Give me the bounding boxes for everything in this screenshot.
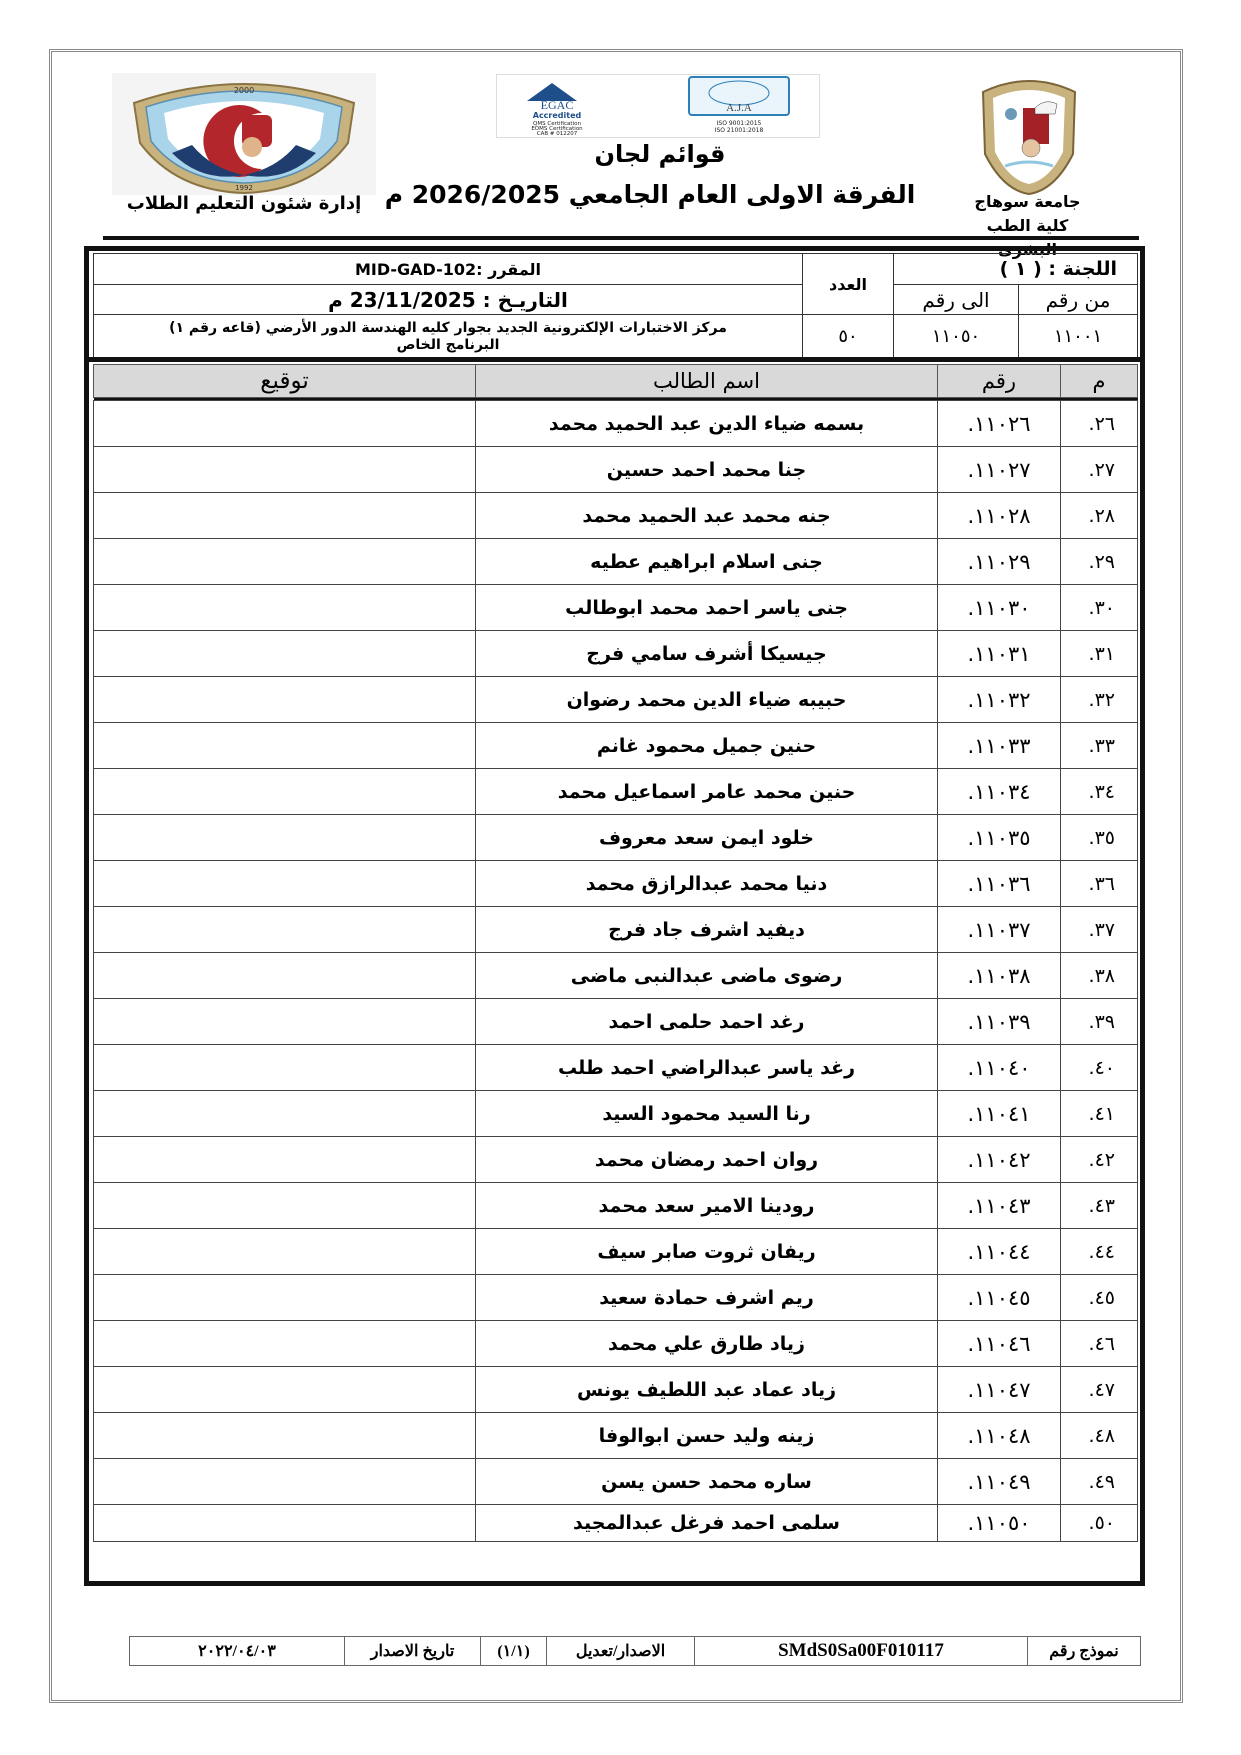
signature-cell[interactable] bbox=[94, 1045, 476, 1091]
student-number: ١١٠٤٠. bbox=[938, 1045, 1061, 1091]
signature-cell[interactable] bbox=[94, 999, 476, 1045]
signature-cell[interactable] bbox=[94, 861, 476, 907]
course-code: المقرر :MID-GAD-102 bbox=[94, 254, 803, 285]
signature-cell[interactable] bbox=[94, 1229, 476, 1275]
table-row: ٢٦.١١٠٢٦.بسمه ضياء الدين عبد الحميد محمد bbox=[94, 401, 1138, 447]
serial-cell: ٣٠. bbox=[1061, 585, 1138, 631]
student-number: ١١٠٣٢. bbox=[938, 677, 1061, 723]
student-name: جنه محمد عبد الحميد محمد bbox=[476, 493, 938, 539]
serial-cell: ٢٨. bbox=[1061, 493, 1138, 539]
serial-cell: ٤١. bbox=[1061, 1091, 1138, 1137]
serial-cell: ٣٦. bbox=[1061, 861, 1138, 907]
serial-cell: ٤٠. bbox=[1061, 1045, 1138, 1091]
student-name: رودينا الامير سعد محمد bbox=[476, 1183, 938, 1229]
signature-cell[interactable] bbox=[94, 447, 476, 493]
svg-text:Accredited: Accredited bbox=[533, 111, 582, 120]
serial-cell: ٤٩. bbox=[1061, 1459, 1138, 1505]
student-name: حنين محمد عامر اسماعيل محمد bbox=[476, 769, 938, 815]
signature-cell[interactable] bbox=[94, 539, 476, 585]
committee-label: اللجنة : ( ١ ) bbox=[894, 254, 1138, 285]
serial-cell: ٣٩. bbox=[1061, 999, 1138, 1045]
table-row: ٣٢.١١٠٣٢.حبيبه ضياء الدين محمد رضوان bbox=[94, 677, 1138, 723]
student-name: حنين جميل محمود غانم bbox=[476, 723, 938, 769]
serial-cell: ٣٥. bbox=[1061, 815, 1138, 861]
student-name: رنا السيد محمود السيد bbox=[476, 1091, 938, 1137]
signature-cell[interactable] bbox=[94, 1091, 476, 1137]
serial-cell: ٤٥. bbox=[1061, 1275, 1138, 1321]
student-number: ١١٠٤٩. bbox=[938, 1459, 1061, 1505]
signature-cell[interactable] bbox=[94, 953, 476, 999]
student-count: ٥٠ bbox=[803, 315, 894, 359]
student-name: ريم اشرف حمادة سعيد bbox=[476, 1275, 938, 1321]
table-row: ٤٦.١١٠٤٦.زياد طارق علي محمد bbox=[94, 1321, 1138, 1367]
signature-cell[interactable] bbox=[94, 1413, 476, 1459]
header-name: اسم الطالب bbox=[476, 365, 938, 398]
svg-text:1992: 1992 bbox=[235, 184, 253, 192]
signature-cell[interactable] bbox=[94, 815, 476, 861]
faculty-emblem-icon: 2000 1992 bbox=[112, 73, 376, 195]
sohag-university-logo bbox=[975, 74, 1083, 196]
table-row: ٣٧.١١٠٣٧.ديفيد اشرف جاد فرج bbox=[94, 907, 1138, 953]
serial-cell: ٤٧. bbox=[1061, 1367, 1138, 1413]
student-number: ١١٠٤٨. bbox=[938, 1413, 1061, 1459]
student-name: جيسيكا أشرف سامي فرج bbox=[476, 631, 938, 677]
serial-cell: ٢٧. bbox=[1061, 447, 1138, 493]
table-row: ٤٩.١١٠٤٩.ساره محمد حسن يسن bbox=[94, 1459, 1138, 1505]
form-number: SMdS0Sa00F010117 bbox=[695, 1637, 1028, 1666]
student-number: ١١٠٢٨. bbox=[938, 493, 1061, 539]
student-name: زياد طارق علي محمد bbox=[476, 1321, 938, 1367]
serial-cell: ٣٧. bbox=[1061, 907, 1138, 953]
signature-cell[interactable] bbox=[94, 677, 476, 723]
table-row: ٣٤.١١٠٣٤.حنين محمد عامر اسماعيل محمد bbox=[94, 769, 1138, 815]
to-number: ١١٠٥٠ bbox=[894, 315, 1019, 359]
student-name: جنى اسلام ابراهيم عطيه bbox=[476, 539, 938, 585]
to-number-label: الى رقم bbox=[894, 285, 1019, 315]
serial-cell: ٤٦. bbox=[1061, 1321, 1138, 1367]
student-name: زياد عماد عبد اللطيف يونس bbox=[476, 1367, 938, 1413]
signature-cell[interactable] bbox=[94, 1183, 476, 1229]
table-row: ٢٧.١١٠٢٧.جنا محمد احمد حسين bbox=[94, 447, 1138, 493]
serial-cell: ٢٩. bbox=[1061, 539, 1138, 585]
university-emblem-icon bbox=[975, 74, 1083, 196]
student-name: جنى ياسر احمد محمد ابوطالب bbox=[476, 585, 938, 631]
section-divider bbox=[89, 357, 1140, 362]
student-number: ١١٠٢٦. bbox=[938, 401, 1061, 447]
svg-text:2000: 2000 bbox=[234, 86, 254, 95]
student-number: ١١٠٥٠. bbox=[938, 1505, 1061, 1542]
serial-cell: ٢٦. bbox=[1061, 401, 1138, 447]
table-row: ٥٠.١١٠٥٠.سلمى احمد فرغل عبدالمجيد bbox=[94, 1505, 1138, 1542]
table-row: ٣٩.١١٠٣٩.رغد احمد حلمى احمد bbox=[94, 999, 1138, 1045]
table-row: ٢٩.١١٠٢٩.جنى اسلام ابراهيم عطيه bbox=[94, 539, 1138, 585]
header-serial: م bbox=[1061, 365, 1138, 398]
student-number: ١١٠٣٨. bbox=[938, 953, 1061, 999]
form-footer: نموذج رقم SMdS0Sa00F010117 الاصدار/تعديل… bbox=[129, 1636, 1141, 1666]
egac-logo-icon: EGAC Accredited QMS Certification EOMS C… bbox=[527, 83, 583, 137]
table-row: ٤١.١١٠٤١.رنا السيد محمود السيد bbox=[94, 1091, 1138, 1137]
table-row: ٤٣.١١٠٤٣.رودينا الامير سعد محمد bbox=[94, 1183, 1138, 1229]
student-number: ١١٠٤٥. bbox=[938, 1275, 1061, 1321]
page-title: قوائم لجان bbox=[420, 138, 900, 170]
serial-cell: ٥٠. bbox=[1061, 1505, 1138, 1542]
table-row: ٣٣.١١٠٣٣.حنين جميل محمود غانم bbox=[94, 723, 1138, 769]
page-subtitle: الفرقة الاولى العام الجامعي 2026/2025 م bbox=[380, 180, 920, 209]
svg-text:CAB # 012207: CAB # 012207 bbox=[537, 131, 578, 137]
student-number: ١١٠٣٣. bbox=[938, 723, 1061, 769]
table-row: ٣٠.١١٠٣٠.جنى ياسر احمد محمد ابوطالب bbox=[94, 585, 1138, 631]
header-signature: توقيع bbox=[94, 365, 476, 398]
student-number: ١١٠٤٦. bbox=[938, 1321, 1061, 1367]
faculty-medicine-logo: 2000 1992 bbox=[112, 73, 376, 195]
version-label: الاصدار/تعديل bbox=[547, 1637, 695, 1666]
student-name: دنيا محمد عبدالرازق محمد bbox=[476, 861, 938, 907]
exam-location: مركز الاختبارات الإلكترونية الجديد بجوار… bbox=[94, 315, 803, 359]
count-label: العدد bbox=[803, 254, 894, 315]
serial-cell: ٤٤. bbox=[1061, 1229, 1138, 1275]
department-title: إدارة شئون التعليم الطلاب bbox=[112, 193, 376, 214]
header-divider bbox=[103, 236, 1139, 240]
student-number: ١١٠٣٩. bbox=[938, 999, 1061, 1045]
certification-logos: EGAC Accredited QMS Certification EOMS C… bbox=[496, 74, 820, 138]
serial-cell: ٤٣. bbox=[1061, 1183, 1138, 1229]
signature-cell[interactable] bbox=[94, 1459, 476, 1505]
table-row: ٤٥.١١٠٤٥.ريم اشرف حمادة سعيد bbox=[94, 1275, 1138, 1321]
location-text: مركز الاختبارات الإلكترونية الجديد بجوار… bbox=[100, 320, 796, 337]
svg-text:ISO 9001:2015: ISO 9001:2015 bbox=[717, 120, 762, 127]
student-number: ١١٠٤١. bbox=[938, 1091, 1061, 1137]
table-row: ٤٢.١١٠٤٢.روان احمد رمضان محمد bbox=[94, 1137, 1138, 1183]
from-number-label: من رقم bbox=[1019, 285, 1138, 315]
table-row: ٣٥.١١٠٣٥.خلود ايمن سعد معروف bbox=[94, 815, 1138, 861]
version-value: (١/١) bbox=[481, 1637, 547, 1666]
issue-date: ٢٠٢٢/٠٤/٠٣ bbox=[130, 1637, 345, 1666]
student-name: روان احمد رمضان محمد bbox=[476, 1137, 938, 1183]
signature-cell[interactable] bbox=[94, 1137, 476, 1183]
students-table: م رقم اسم الطالب توقيع ٢٦.١١٠٢٦.بسمه ضيا… bbox=[93, 364, 1138, 1542]
table-row: ٤٧.١١٠٤٧.زياد عماد عبد اللطيف يونس bbox=[94, 1367, 1138, 1413]
student-name: ريفان ثروت صابر سيف bbox=[476, 1229, 938, 1275]
svg-text:ISO 21001:2018: ISO 21001:2018 bbox=[715, 127, 764, 134]
signature-cell[interactable] bbox=[94, 907, 476, 953]
student-name: سلمى احمد فرغل عبدالمجيد bbox=[476, 1505, 938, 1542]
student-name: جنا محمد احمد حسين bbox=[476, 447, 938, 493]
student-name: بسمه ضياء الدين عبد الحميد محمد bbox=[476, 401, 938, 447]
table-row: ٣٦.١١٠٣٦.دنيا محمد عبدالرازق محمد bbox=[94, 861, 1138, 907]
student-number: ١١٠٢٧. bbox=[938, 447, 1061, 493]
signature-cell[interactable] bbox=[94, 401, 476, 447]
student-number: ١١٠٤٤. bbox=[938, 1229, 1061, 1275]
student-name: ديفيد اشرف جاد فرج bbox=[476, 907, 938, 953]
serial-cell: ٤٨. bbox=[1061, 1413, 1138, 1459]
signature-cell[interactable] bbox=[94, 631, 476, 677]
committee-info-table: اللجنة : ( ١ ) العدد المقرر :MID-GAD-102… bbox=[93, 253, 1138, 359]
table-row: ٢٨.١١٠٢٨.جنه محمد عبد الحميد محمد bbox=[94, 493, 1138, 539]
issue-date-label: تاريخ الاصدار bbox=[345, 1637, 481, 1666]
table-row: ٤٨.١١٠٤٨.زينه وليد حسن ابوالوفا bbox=[94, 1413, 1138, 1459]
university-name: جامعة سوهاج bbox=[955, 190, 1100, 214]
student-name: ساره محمد حسن يسن bbox=[476, 1459, 938, 1505]
serial-cell: ٣٢. bbox=[1061, 677, 1138, 723]
student-number: ١١٠٣٥. bbox=[938, 815, 1061, 861]
student-number: ١١٠٣٠. bbox=[938, 585, 1061, 631]
signature-cell[interactable] bbox=[94, 1505, 476, 1542]
student-number: ١١٠٣٦. bbox=[938, 861, 1061, 907]
table-row: ٣١.١١٠٣١.جيسيكا أشرف سامي فرج bbox=[94, 631, 1138, 677]
student-number: ١١٠٤٢. bbox=[938, 1137, 1061, 1183]
student-name: خلود ايمن سعد معروف bbox=[476, 815, 938, 861]
student-number: ١١٠٣١. bbox=[938, 631, 1061, 677]
student-number: ١١٠٤٣. bbox=[938, 1183, 1061, 1229]
student-name: رضوى ماضى عبدالنبى ماضى bbox=[476, 953, 938, 999]
signature-cell[interactable] bbox=[94, 769, 476, 815]
student-name: زينه وليد حسن ابوالوفا bbox=[476, 1413, 938, 1459]
table-row: ٤٤.١١٠٤٤.ريفان ثروت صابر سيف bbox=[94, 1229, 1138, 1275]
table-row: ٤٠.١١٠٤٠.رغد ياسر عبدالراضي احمد طلب bbox=[94, 1045, 1138, 1091]
serial-cell: ٣١. bbox=[1061, 631, 1138, 677]
table-row: ٣٨.١١٠٣٨.رضوى ماضى عبدالنبى ماضى bbox=[94, 953, 1138, 999]
serial-cell: ٤٢. bbox=[1061, 1137, 1138, 1183]
form-number-label: نموذج رقم bbox=[1028, 1637, 1141, 1666]
student-name: رغد ياسر عبدالراضي احمد طلب bbox=[476, 1045, 938, 1091]
signature-cell[interactable] bbox=[94, 1275, 476, 1321]
student-number: ١١٠٣٧. bbox=[938, 907, 1061, 953]
from-number: ١١٠٠١ bbox=[1019, 315, 1138, 359]
serial-cell: ٣٨. bbox=[1061, 953, 1138, 999]
exam-date: التاريـخ : 23/11/2025 م bbox=[94, 285, 803, 315]
student-number: ١١٠٢٩. bbox=[938, 539, 1061, 585]
signature-cell[interactable] bbox=[94, 585, 476, 631]
svg-text:EGAC: EGAC bbox=[541, 98, 574, 112]
signature-cell[interactable] bbox=[94, 493, 476, 539]
student-number: ١١٠٤٧. bbox=[938, 1367, 1061, 1413]
serial-cell: ٣٤. bbox=[1061, 769, 1138, 815]
svg-text:A.J.A: A.J.A bbox=[726, 102, 752, 114]
student-name: حبيبه ضياء الدين محمد رضوان bbox=[476, 677, 938, 723]
header-number: رقم bbox=[938, 365, 1061, 398]
signature-cell[interactable] bbox=[94, 1367, 476, 1413]
program-text: البرنامج الخاص bbox=[100, 337, 796, 354]
aja-logo-icon: A.J.A ISO 9001:2015 ISO 21001:2018 bbox=[689, 77, 789, 134]
serial-cell: ٣٣. bbox=[1061, 723, 1138, 769]
signature-cell[interactable] bbox=[94, 723, 476, 769]
student-number: ١١٠٣٤. bbox=[938, 769, 1061, 815]
signature-cell[interactable] bbox=[94, 1321, 476, 1367]
student-name: رغد احمد حلمى احمد bbox=[476, 999, 938, 1045]
